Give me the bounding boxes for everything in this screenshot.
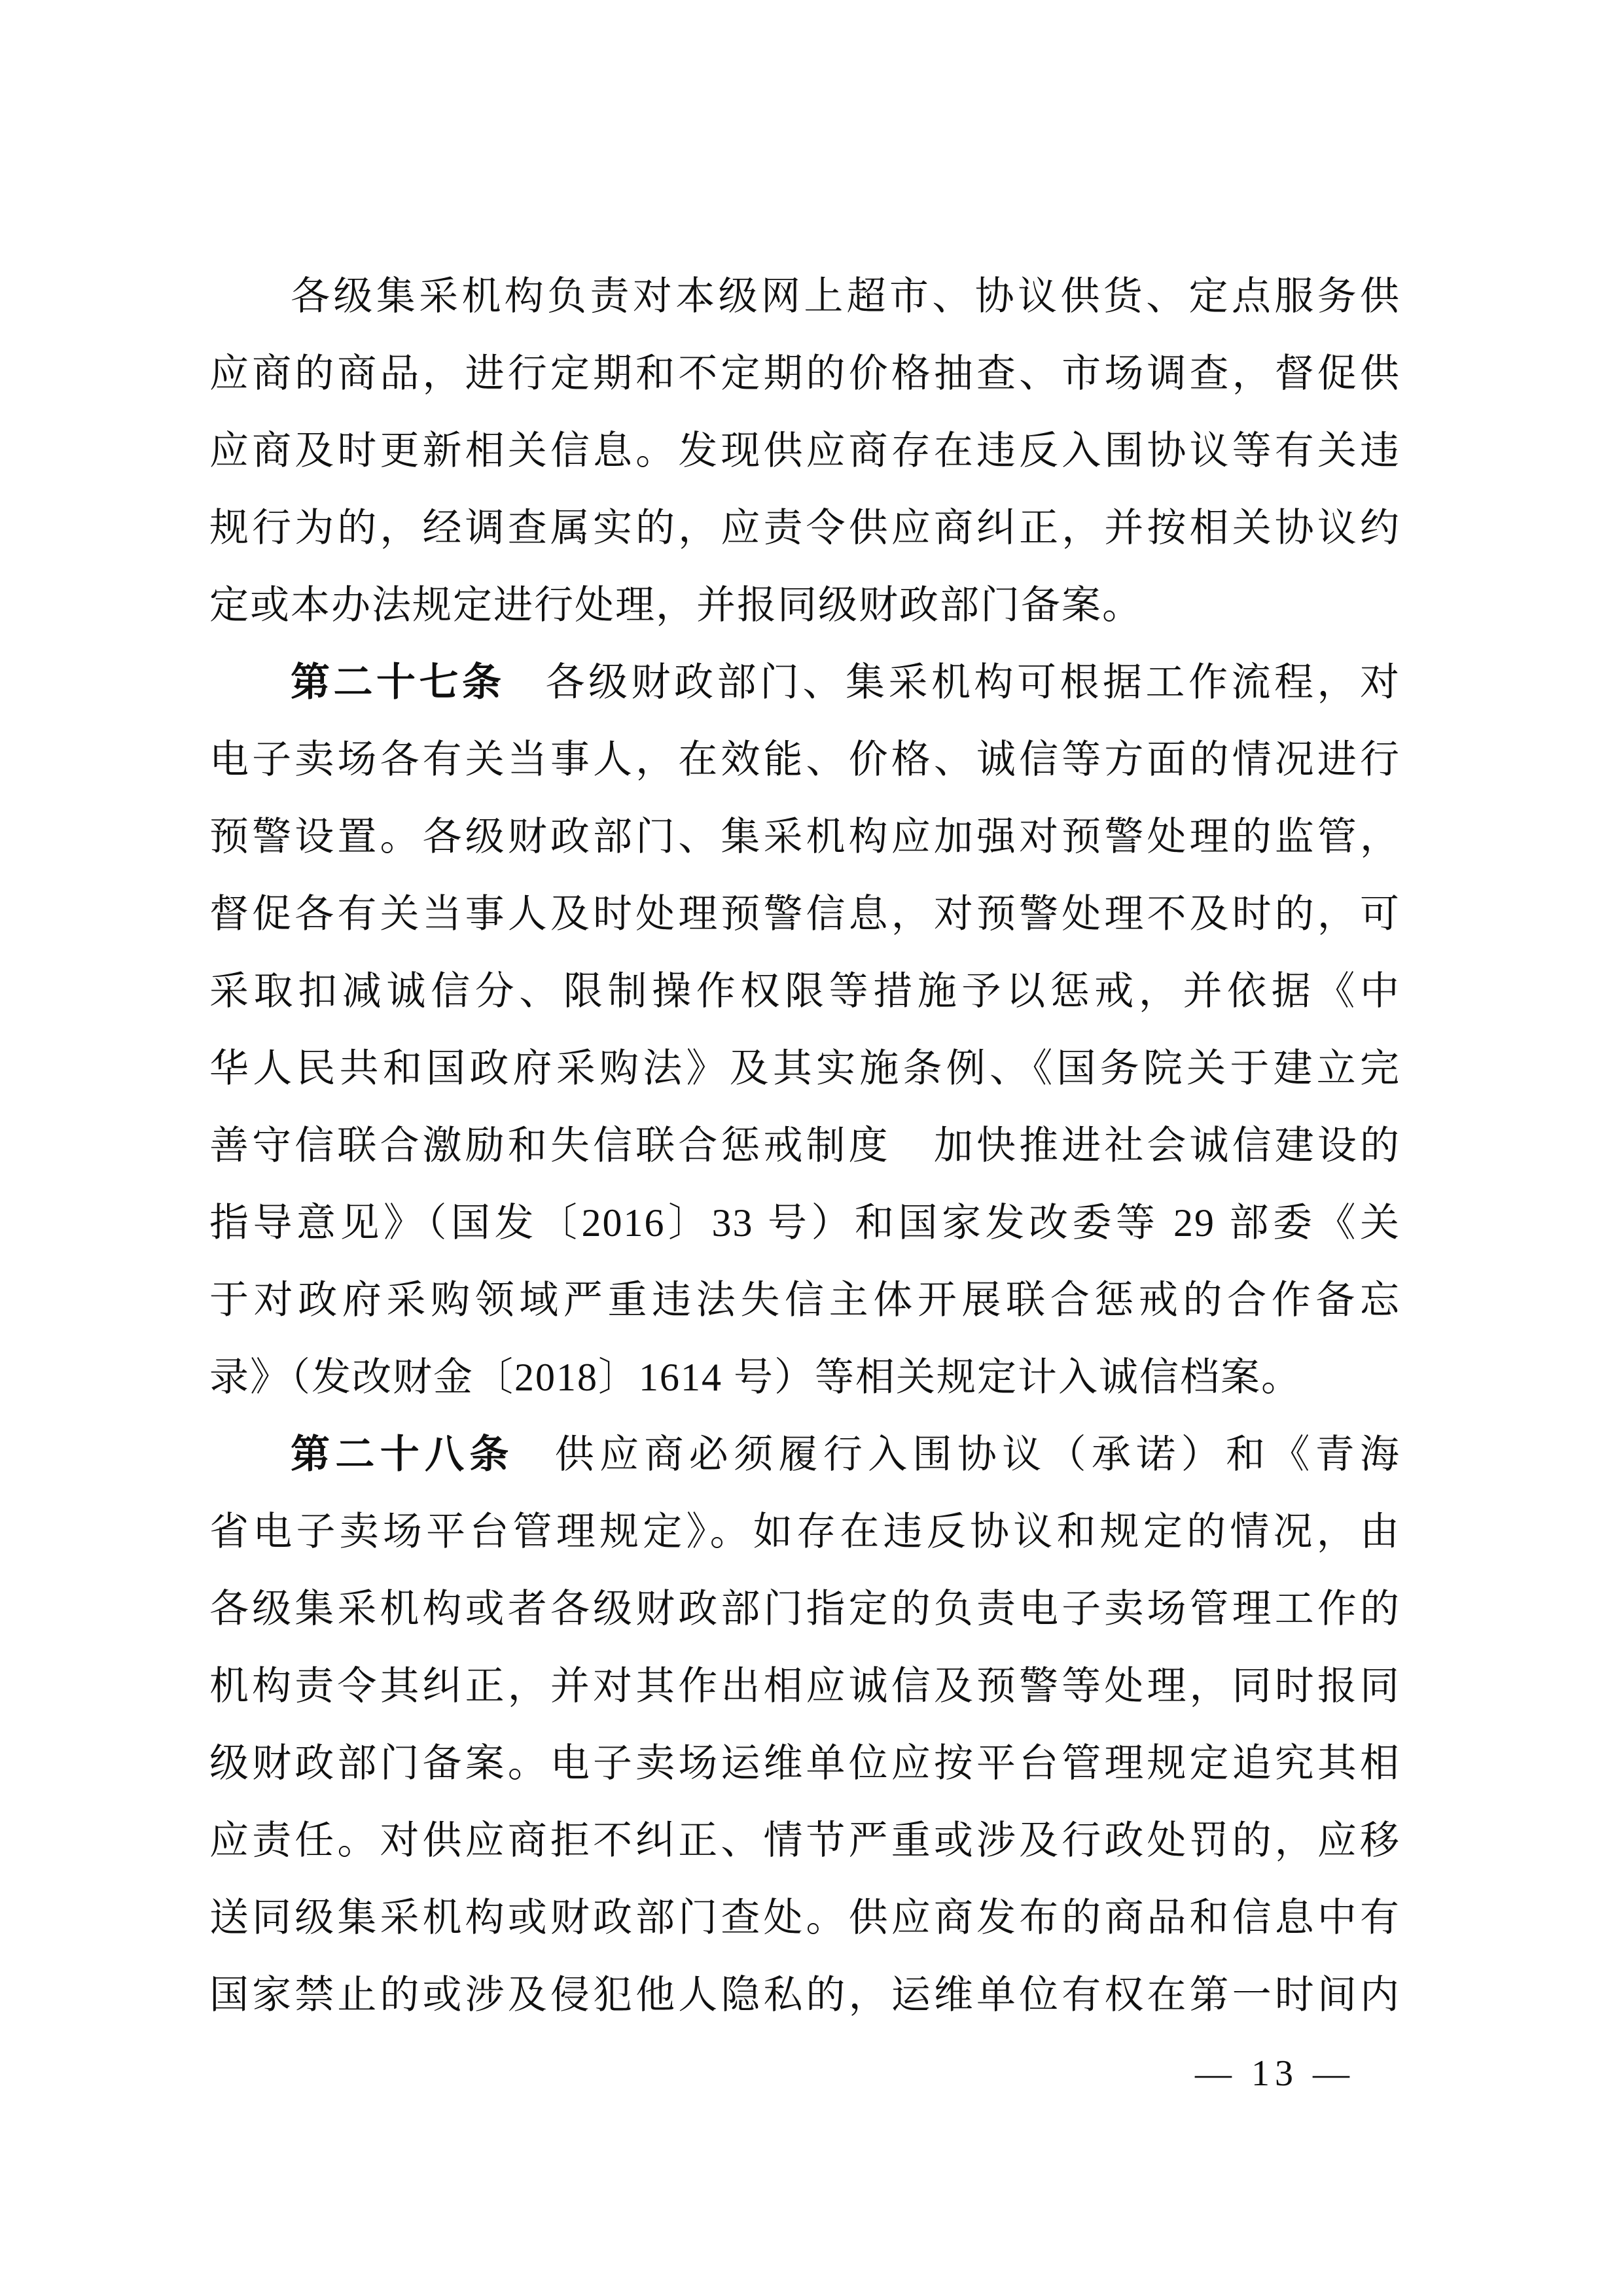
text-line: 应商的商品，进行定期和不定期的价格抽查、市场调查，督促供 [209,335,1400,412]
text-line: 各级集采机构或者各级财政部门指定的负责电子卖场管理工作的 [209,1570,1400,1648]
article-28-label: 第二十八条 [291,1432,514,1476]
text-line: 录》（发改财金〔2018〕1614 号）等相关规定计入诚信档案。 [209,1339,1400,1416]
text-line: 应责任。对供应商拒不纠正、情节严重或涉及行政处罚的，应移 [209,1802,1400,1879]
text-line: 电子卖场各有关当事人，在效能、价格、诚信等方面的情况进行 [209,721,1400,798]
text-line: 善守信联合激励和失信联合惩戒制度 加快推进社会诚信建设的 [209,1107,1400,1184]
document-body: 各级集采机构负责对本级网上超市、协议供货、定点服务供 应商的商品，进行定期和不定… [209,258,1400,2034]
line-text: 供应商必须履行入围协议（承诺）和《青海 [555,1433,1400,1476]
text-line: 华人民共和国政府采购法》及其实施条例、《国务院关于建立完 [209,1030,1400,1107]
text-line: 于对政府采购领域严重违法失信主体开展联合惩戒的合作备忘 [209,1262,1400,1339]
document-page: 各级集采机构负责对本级网上超市、协议供货、定点服务供 应商的商品，进行定期和不定… [0,0,1623,2296]
text-line: 各级集采机构负责对本级网上超市、协议供货、定点服务供 [209,258,1400,335]
article-27-label: 第二十七条 [291,660,505,704]
text-line: 定或本办法规定进行处理，并报同级财政部门备案。 [209,567,1400,644]
text-line: 采取扣减诚信分、限制操作权限等措施予以惩戒，并依据《中 [209,953,1400,1030]
text-line: 机构责令其纠正，并对其作出相应诚信及预警等处理，同时报同 [209,1648,1400,1725]
line-text: 各级财政部门、集采机构可根据工作流程，对 [546,661,1401,704]
text-line: 预警设置。各级财政部门、集采机构应加强对预警处理的监管， [209,798,1400,875]
text-line: 第二十八条供应商必须履行入围协议（承诺）和《青海 [209,1416,1400,1493]
text-line: 指导意见》（国发〔2016〕33 号）和国家发改委等 29 部委《关 [209,1184,1400,1262]
text-line: 送同级集采机构或财政部门查处。供应商发布的商品和信息中有 [209,1879,1400,1956]
text-line: 级财政部门备案。电子卖场运维单位应按平台管理规定追究其相 [209,1725,1400,1802]
text-line: 督促各有关当事人及时处理预警信息，对预警处理不及时的，可 [209,875,1400,953]
text-line: 第二十七条各级财政部门、集采机构可根据工作流程，对 [209,644,1400,721]
text-line: 国家禁止的或涉及侵犯他人隐私的，运维单位有权在第一时间内 [209,1956,1400,2034]
text-line: 省电子卖场平台管理规定》。如存在违反协议和规定的情况，由 [209,1493,1400,1570]
page-number: — 13 — [1195,2051,1355,2096]
text-line: 应商及时更新相关信息。发现供应商存在违反入围协议等有关违 [209,412,1400,489]
text-line: 规行为的，经调查属实的，应责令供应商纠正，并按相关协议约 [209,489,1400,567]
